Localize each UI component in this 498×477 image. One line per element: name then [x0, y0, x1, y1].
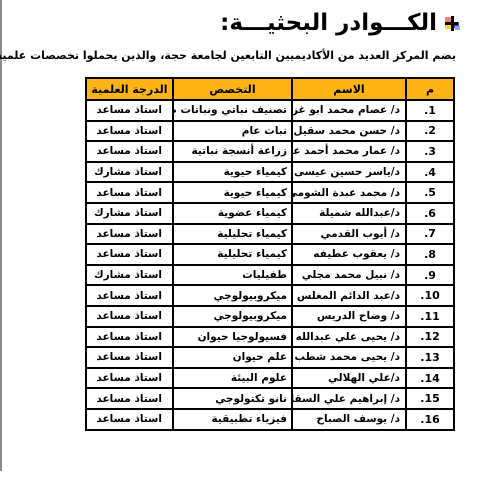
specialty-cell: طفيليات: [174, 266, 291, 285]
name-cell: د/ إبراهيم علي السقا: [293, 389, 405, 408]
specialty-cell: علم حيوان: [174, 348, 291, 367]
name-cell: د/ نبيل محمد مجلي: [293, 266, 405, 285]
member-degree: استاذ مساعد: [96, 104, 162, 116]
title-row: الكـــوادر البحثيـــة:: [220, 4, 460, 42]
specialty-cell: تصنيف نباتي ونباتات طبية: [174, 101, 291, 120]
member-degree: استاذ مساعد: [96, 310, 162, 322]
specialty-cell: كيمياء تحليلية: [174, 225, 291, 244]
table-row: 4. د/ياسر حسين عيسى كيمياء حيوية استاذ م…: [87, 163, 453, 182]
row-number: 9.: [424, 269, 436, 282]
member-degree: استاذ مساعد: [96, 187, 162, 199]
degree-cell: استاذ مشارك: [87, 204, 172, 223]
member-specialty: علم حيوان: [233, 351, 287, 363]
name-cell: د/ عمار محمد أحمد علي: [293, 142, 405, 161]
header-cell-name: الاسم: [293, 79, 405, 99]
document-page: الكـــوادر البحثيـــة: يضم المركز العديد…: [0, 0, 498, 477]
degree-cell: استاذ مساعد: [87, 307, 172, 326]
member-name: د/ياسر حسين عيسى: [294, 166, 400, 178]
member-degree: استاذ مساعد: [96, 413, 162, 425]
page-title: الكـــوادر البحثيـــة:: [220, 4, 437, 42]
member-name: د/عبد الدائم المغلس: [297, 290, 400, 302]
member-degree: استاذ مشارك: [94, 207, 162, 219]
member-name: د/ إبراهيم علي السقا: [293, 393, 400, 405]
degree-cell: استاذ مساعد: [87, 225, 172, 244]
header-cell-degree: الدرجة العلمية: [87, 79, 172, 99]
header-name-label: الاسم: [333, 83, 364, 96]
row-number: 3.: [424, 145, 436, 158]
row-number: 1.: [424, 104, 436, 117]
specialty-cell: كيمياء حيوية: [174, 163, 291, 182]
degree-cell: استاذ مساعد: [87, 101, 172, 120]
specialty-cell: زراعة أنسجة نباتية: [174, 142, 291, 161]
bullet-lightblue-square: [455, 26, 460, 30]
row-number: 13.: [420, 351, 440, 364]
member-specialty: فيزياء تطبيقية: [211, 413, 287, 425]
specialty-cell: كيمياء عضوية: [174, 204, 291, 223]
row-number-cell: 16.: [407, 410, 453, 429]
row-number: 5.: [424, 186, 436, 199]
row-number: 15.: [420, 392, 440, 405]
table-row: 7. د/ أيوب القدمي كيمياء تحليلية استاذ م…: [87, 225, 453, 244]
row-number: 8.: [424, 248, 436, 261]
member-name: د/ وضاح الدريس: [317, 310, 400, 322]
member-degree: استاذ مساعد: [96, 331, 162, 343]
table-row: 8. د/ يعقوب عطيفه كيمياء تحليلية استاذ م…: [87, 245, 453, 264]
member-specialty: علوم البيئة: [231, 372, 287, 384]
name-cell: د/علي الهلالي: [293, 369, 405, 388]
table-row: 1. د/ عصام محمد ابو غزال تصنيف نباتي ونب…: [87, 101, 453, 120]
specialty-cell: نانو تكنولوجي: [174, 389, 291, 408]
member-specialty: تصنيف نباتي ونباتات طبية: [174, 104, 287, 116]
member-specialty: طفيليات: [242, 269, 287, 281]
row-number-cell: 5.: [407, 183, 453, 202]
faculty-table: م الاسم التخصص الدرجة العلمية 1. د/ عصام…: [85, 77, 455, 431]
member-name: د/ يوسف الصباح: [316, 413, 400, 425]
member-name: د/ أيوب القدمي: [321, 228, 401, 240]
name-cell: د/ حسن محمد سقيل: [293, 122, 405, 141]
degree-cell: استاذ مشارك: [87, 266, 172, 285]
degree-cell: استاذ مساعد: [87, 286, 172, 305]
name-cell: د/ يحيى محمد شطب: [293, 348, 405, 367]
member-degree: استاذ مشارك: [94, 166, 162, 178]
degree-cell: استاذ مساعد: [87, 183, 172, 202]
member-specialty: كيمياء حيوية: [224, 166, 287, 178]
degree-cell: استاذ مشارك: [87, 163, 172, 182]
row-number-cell: 15.: [407, 389, 453, 408]
name-cell: د/ياسر حسين عيسى: [293, 163, 405, 182]
table-row: 10. د/عبد الدائم المغلس ميكروبيولوجي است…: [87, 286, 453, 305]
row-number-cell: 12.: [407, 328, 453, 347]
name-cell: د/ يعقوب عطيفه: [293, 245, 405, 264]
name-cell: د/ محمد عبدة الشومي: [293, 183, 405, 202]
bullet-cross-horizontal: [445, 22, 458, 25]
row-number: 16.: [420, 413, 440, 426]
table-row: 14. د/علي الهلالي علوم البيئة استاذ مساع…: [87, 369, 453, 388]
member-name: د/ نبيل محمد مجلي: [302, 269, 400, 281]
row-number: 14.: [420, 372, 440, 385]
row-number: 11.: [420, 310, 440, 323]
name-cell: د/ أيوب القدمي: [293, 225, 405, 244]
row-number-cell: 11.: [407, 307, 453, 326]
row-number-cell: 10.: [407, 286, 453, 305]
row-number: 7.: [424, 227, 436, 240]
row-number-cell: 3.: [407, 142, 453, 161]
member-degree: استاذ مساعد: [96, 125, 162, 137]
specialty-cell: فيزياء تطبيقية: [174, 410, 291, 429]
table-header-row: م الاسم التخصص الدرجة العلمية: [87, 79, 453, 99]
degree-cell: استاذ مساعد: [87, 348, 172, 367]
member-name: د/ محمد عبدة الشومي: [293, 187, 400, 199]
row-number-cell: 4.: [407, 163, 453, 182]
member-specialty: كيمياء عضوية: [218, 207, 287, 219]
member-name: د/عبدالله شميلة: [319, 207, 400, 219]
name-cell: د/عبد الدائم المغلس: [293, 286, 405, 305]
member-name: د/ يحيى محمد شطب: [295, 351, 400, 363]
table-row: 16. د/ يوسف الصباح فيزياء تطبيقية استاذ …: [87, 410, 453, 429]
table-row: 2. د/ حسن محمد سقيل نبات عام استاذ مساعد: [87, 122, 453, 141]
table-row: 11. د/ وضاح الدريس ميكروبيولوجي استاذ مس…: [87, 307, 453, 326]
member-specialty: كيمياء حيوية: [224, 187, 287, 199]
table-body: 1. د/ عصام محمد ابو غزال تصنيف نباتي ونب…: [87, 101, 453, 429]
name-cell: د/ عصام محمد ابو غزال: [293, 101, 405, 120]
row-number: 2.: [424, 124, 436, 137]
member-specialty: ميكروبيولوجي: [214, 290, 287, 302]
member-name: د/ حسن محمد سقيل: [293, 125, 400, 137]
row-number: 10.: [420, 289, 440, 302]
decorative-cross-flower-bullet-icon: [445, 16, 460, 31]
member-specialty: نبات عام: [242, 125, 287, 137]
table-row: 6. د/عبدالله شميلة كيمياء عضوية استاذ مش…: [87, 204, 453, 223]
member-specialty: ميكروبيولوجي: [214, 310, 287, 322]
degree-cell: استاذ مساعد: [87, 245, 172, 264]
specialty-cell: علوم البيئة: [174, 369, 291, 388]
degree-cell: استاذ مساعد: [87, 122, 172, 141]
member-degree: استاذ مساعد: [96, 228, 162, 240]
table-row: 15. د/ إبراهيم علي السقا نانو تكنولوجي ا…: [87, 389, 453, 408]
header-cell-specialty: التخصص: [174, 79, 291, 99]
specialty-cell: فسيولوجيا حيوان: [174, 328, 291, 347]
member-degree: استاذ مساعد: [96, 145, 162, 157]
row-number-cell: 1.: [407, 101, 453, 120]
header-specialty-label: التخصص: [209, 83, 255, 96]
member-specialty: كيمياء تحليلية: [217, 248, 287, 260]
specialty-cell: كيمياء تحليلية: [174, 245, 291, 264]
header-cell-index: م: [407, 79, 453, 99]
intro-paragraph: يضم المركز العديد من الأكاديميين التابعي…: [0, 49, 456, 62]
member-specialty: نانو تكنولوجي: [215, 393, 287, 405]
member-name: د/علي الهلالي: [328, 372, 400, 384]
member-name: د/ يحيى علي عبدالله القاضي: [293, 331, 400, 343]
degree-cell: استاذ مساعد: [87, 142, 172, 161]
row-number-cell: 13.: [407, 348, 453, 367]
member-name: د/ عصام محمد ابو غزال: [293, 104, 400, 116]
row-number: 4.: [424, 166, 436, 179]
row-number-cell: 9.: [407, 266, 453, 285]
specialty-cell: ميكروبيولوجي: [174, 286, 291, 305]
degree-cell: استاذ مساعد: [87, 369, 172, 388]
row-number: 6.: [424, 207, 436, 220]
specialty-cell: كيمياء حيوية: [174, 183, 291, 202]
page-left-edge-line: [0, 0, 2, 471]
member-degree: استاذ مساعد: [96, 372, 162, 384]
degree-cell: استاذ مساعد: [87, 328, 172, 347]
member-degree: استاذ مساعد: [96, 248, 162, 260]
name-cell: د/عبدالله شميلة: [293, 204, 405, 223]
row-number: 12.: [420, 330, 440, 343]
specialty-cell: نبات عام: [174, 122, 291, 141]
row-number-cell: 7.: [407, 225, 453, 244]
member-specialty: زراعة أنسجة نباتية: [192, 145, 287, 157]
specialty-cell: ميكروبيولوجي: [174, 307, 291, 326]
header-degree-label: الدرجة العلمية: [91, 83, 167, 96]
member-specialty: كيمياء تحليلية: [217, 228, 287, 240]
table-row: 3. د/ عمار محمد أحمد علي زراعة أنسجة نبا…: [87, 142, 453, 161]
name-cell: د/ يوسف الصباح: [293, 410, 405, 429]
row-number-cell: 8.: [407, 245, 453, 264]
row-number-cell: 2.: [407, 122, 453, 141]
row-number-cell: 6.: [407, 204, 453, 223]
name-cell: د/ يحيى علي عبدالله القاضي: [293, 328, 405, 347]
member-degree: استاذ مساعد: [96, 393, 162, 405]
member-degree: استاذ مساعد: [96, 351, 162, 363]
header-index-label: م: [426, 83, 434, 96]
member-name: د/ عمار محمد أحمد علي: [293, 145, 400, 157]
table-row: 12. د/ يحيى علي عبدالله القاضي فسيولوجيا…: [87, 328, 453, 347]
degree-cell: استاذ مساعد: [87, 389, 172, 408]
member-degree: استاذ مساعد: [96, 290, 162, 302]
row-number-cell: 14.: [407, 369, 453, 388]
member-specialty: فسيولوجيا حيوان: [198, 331, 287, 343]
degree-cell: استاذ مساعد: [87, 410, 172, 429]
name-cell: د/ وضاح الدريس: [293, 307, 405, 326]
member-name: د/ يعقوب عطيفه: [313, 248, 400, 260]
table-row: 5. د/ محمد عبدة الشومي كيمياء حيوية استا…: [87, 183, 453, 202]
member-degree: استاذ مشارك: [94, 269, 162, 281]
table-row: 13. د/ يحيى محمد شطب علم حيوان استاذ مسا…: [87, 348, 453, 367]
table-row: 9. د/ نبيل محمد مجلي طفيليات استاذ مشارك: [87, 266, 453, 285]
